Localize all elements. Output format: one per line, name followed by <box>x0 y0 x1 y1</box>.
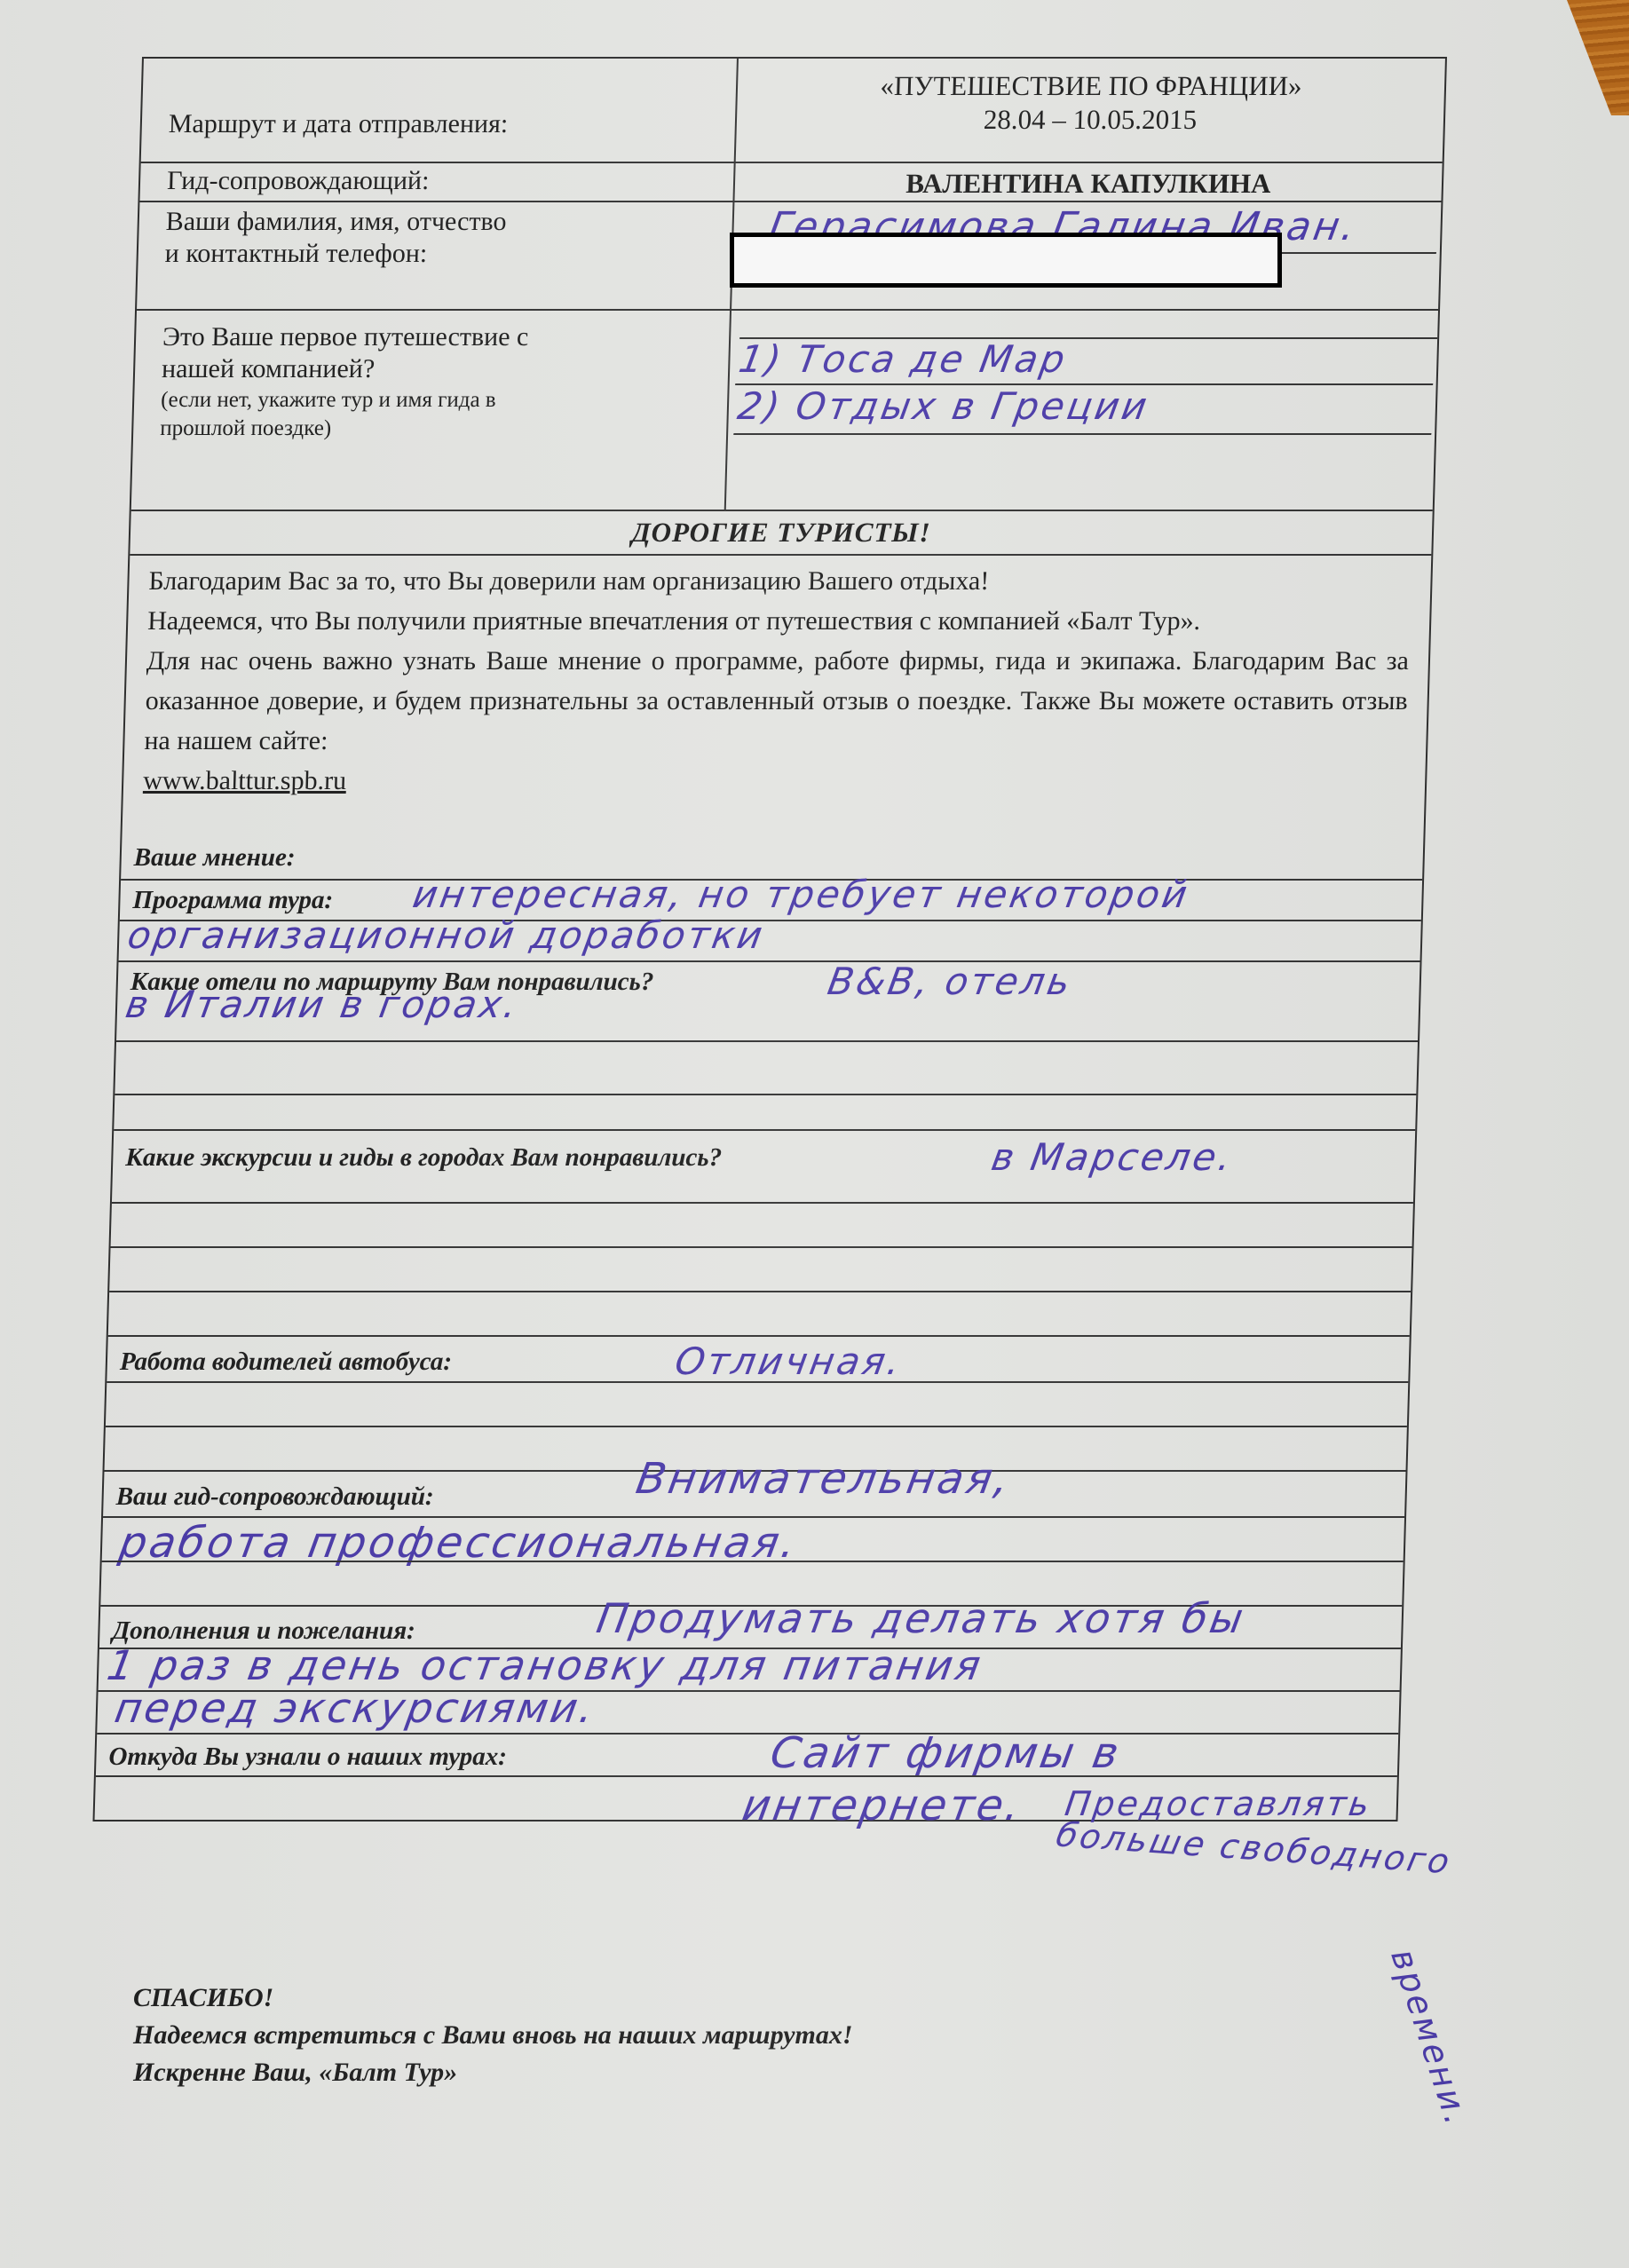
blank-line <box>106 1381 1408 1426</box>
margin-note-line2: больше свободного <box>1053 1815 1456 1882</box>
question-guide: Ваш гид-сопровождающий: Внимательная, <box>103 1470 1405 1516</box>
answer-line: в Италии в горах. <box>116 1001 1419 1040</box>
thanks-text: СПАСИБО! <box>133 1980 853 2017</box>
margin-note-line3: времени. <box>1383 1944 1477 2131</box>
first-trip-label-line1: Это Ваше первое путешествие с <box>162 321 730 353</box>
wooden-table-surface <box>1558 0 1629 115</box>
closing-block: СПАСИБО! Надеемся встретиться с Вами вно… <box>133 1980 853 2091</box>
margin-note-line1: Предоставлять <box>1063 1784 1374 1823</box>
blank-line <box>111 1202 1413 1246</box>
question-label: Программа тура: <box>132 886 334 914</box>
handwritten-answer: интернете. <box>739 1786 1025 1825</box>
closing-line1: Надеемся встретиться с Вами вновь на наш… <box>133 2017 853 2054</box>
handwritten-answer: Внимательная, <box>633 1454 1016 1504</box>
first-trip-answer-2: 2) Отдых в Греции <box>733 385 1439 435</box>
question-source: Откуда Вы узнали о наших турах: Сайт фир… <box>96 1733 1398 1775</box>
question-label: Ваш гид-сопровождающий: <box>115 1482 434 1511</box>
handwritten-answer: в Италии в горах. <box>123 985 521 1024</box>
blank-line <box>115 1040 1418 1094</box>
opinion-section: Ваше мнение: Программа тура: интересная,… <box>95 808 1425 1820</box>
question-label: Какие экскурсии и гиды в городах Вам пон… <box>125 1143 723 1172</box>
handwritten-answer: работа профессиональная. <box>117 1523 802 1562</box>
question-label: Откуда Вы узнали о наших турах: <box>108 1742 507 1771</box>
name-label-line2: и контактный телефон: <box>164 238 731 270</box>
answer-line: организационной доработки <box>119 920 1421 960</box>
answer-line: перед экскурсиями. <box>97 1690 1399 1733</box>
blank-line <box>109 1246 1412 1291</box>
question-drivers: Работа водителей автобуса: Отличная. <box>107 1335 1409 1381</box>
handwritten-answer: в Марселе. <box>987 1131 1238 1184</box>
first-trip-hint-line1: (если нет, укажите тур и имя гида в <box>161 385 728 415</box>
handwritten-answer: Отличная. <box>671 1337 906 1387</box>
form-table: Маршрут и дата отправления: «ПУТЕШЕСТВИЕ… <box>92 57 1447 1822</box>
feedback-form: Маршрут и дата отправления: «ПУТЕШЕСТВИЕ… <box>92 57 1447 1822</box>
tour-dates: 28.04 – 10.05.2015 <box>736 103 1443 137</box>
handwritten-answer: B&B, отель <box>825 962 1075 1001</box>
first-trip-label-line2: нашей компанией? <box>162 353 729 385</box>
blank-line <box>108 1291 1411 1335</box>
handwritten-answer: 1 раз в день остановку для питания <box>105 1646 986 1685</box>
first-trip-hint-line2: прошлой поездке) <box>160 415 727 442</box>
handwritten-answer: организационной доработки <box>125 916 768 955</box>
intro-p1: Благодарим Вас за то, что Вы доверили на… <box>148 561 1412 601</box>
question-label: Работа водителей автобуса: <box>119 1347 452 1376</box>
name-label-line1: Ваши фамилия, имя, отчество <box>165 206 732 238</box>
handwritten-answer: перед экскурсиями. <box>112 1688 598 1727</box>
first-trip-answer-1: 1) Тоса де Мар <box>735 339 1441 385</box>
redacted-phone <box>730 233 1282 288</box>
dear-tourists-heading: ДОРОГИЕ ТУРИСТЫ! <box>130 511 1432 556</box>
guide-name: ВАЛЕНТИНА КАПУЛКИНА <box>734 163 1442 201</box>
website-link[interactable]: www.balttur.spb.ru <box>143 766 347 795</box>
tour-name: «ПУТЕШЕСТВИЕ ПО ФРАНЦИИ» <box>738 69 1445 103</box>
answer-line: работа профессиональная. <box>102 1516 1404 1561</box>
name-label: Ваши фамилия, имя, отчество и контактный… <box>137 202 734 309</box>
question-excursions: Какие экскурсии и гиды в городах Вам пон… <box>112 1129 1415 1202</box>
first-trip-label: Это Ваше первое путешествие с нашей комп… <box>131 311 731 510</box>
route-row: Маршрут и дата отправления: «ПУТЕШЕСТВИЕ… <box>141 59 1445 163</box>
blank-line <box>114 1094 1416 1129</box>
route-value: «ПУТЕШЕСТВИЕ ПО ФРАНЦИИ» 28.04 – 10.05.2… <box>736 59 1445 162</box>
handwritten-answer: Сайт фирмы в <box>767 1731 1124 1775</box>
guide-label: Гид-сопровождающий: <box>139 163 735 201</box>
first-trip-answers: 1) Тоса де Мар 2) Отдых в Греции <box>726 311 1438 510</box>
handwritten-answer: Продумать делать хотя бы <box>593 1594 1249 1642</box>
intro-text: Благодарим Вас за то, что Вы доверили на… <box>123 556 1431 808</box>
intro-p3: Для нас очень важно узнать Ваше мнение о… <box>144 641 1410 761</box>
guide-row: Гид-сопровождающий: ВАЛЕНТИНА КАПУЛКИНА <box>139 163 1442 202</box>
closing-line2: Искренне Ваш, «Балт Тур» <box>133 2054 853 2091</box>
handwritten-answer: интересная, но требует некоторой <box>410 875 1192 914</box>
intro-p2: Надеемся, что Вы получили приятные впеча… <box>147 601 1411 641</box>
route-label: Маршрут и дата отправления: <box>141 59 739 162</box>
first-trip-row: Это Ваше первое путешествие с нашей комп… <box>131 311 1438 511</box>
